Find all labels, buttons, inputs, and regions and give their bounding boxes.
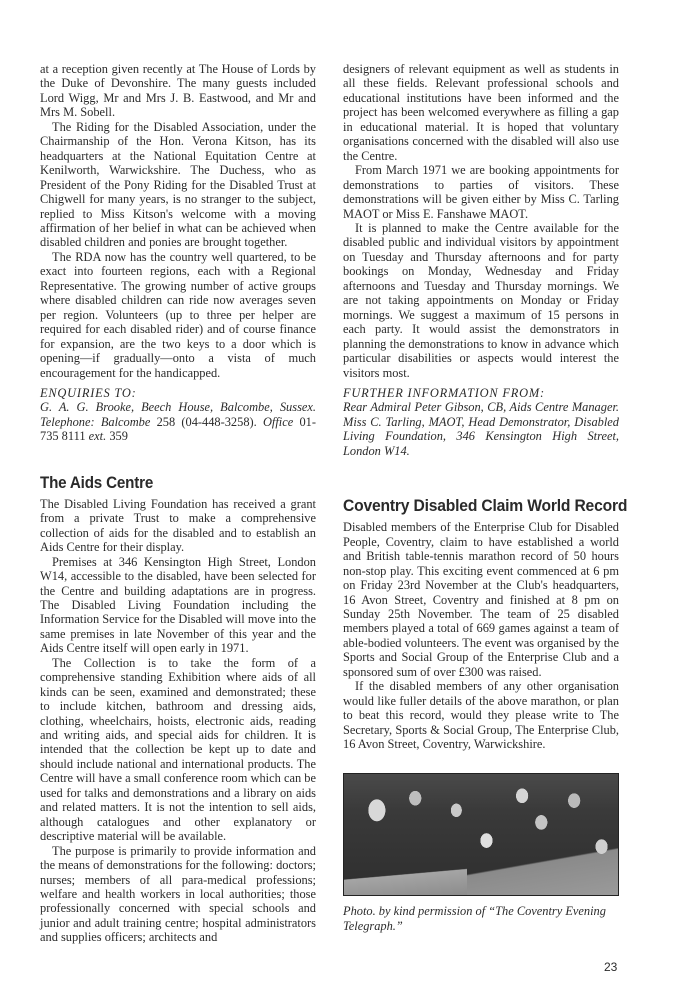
further-info-label: FURTHER INFORMATION FROM: — [343, 386, 619, 400]
coventry-paragraph: Disabled members of the Enterprise Club … — [343, 520, 619, 679]
aids-centre-paragraph: designers of relevant equipment as well … — [343, 62, 619, 163]
table-tennis-photo — [343, 773, 619, 896]
rda-paragraph: The Riding for the Disabled Association,… — [40, 120, 316, 250]
aids-centre-paragraph: The purpose is primarily to provide info… — [40, 844, 316, 945]
coventry-paragraph: If the disabled members of any other org… — [343, 679, 619, 751]
coventry-heading: Coventry Disabled Claim World Record — [343, 496, 597, 516]
enquiries-contact: G. A. G. Brooke, Beech House, Balcombe, … — [40, 400, 316, 443]
enquiries-office-label: Office — [263, 415, 293, 429]
enquiries-name: G. A. G. Brooke, Beech House, Balcombe, … — [40, 400, 316, 414]
enquiries-telephone-place: Balcombe — [101, 415, 151, 429]
aids-centre-paragraph: Premises at 346 Kensington High Street, … — [40, 555, 316, 656]
aids-centre-paragraph: It is planned to make the Centre availab… — [343, 221, 619, 380]
rda-article-continued: at a reception given recently at The Hou… — [40, 62, 316, 444]
page-number: 23 — [604, 960, 617, 974]
enquiries-ext-label: ext. — [89, 429, 107, 443]
enquiries-label: ENQUIRIES TO: — [40, 386, 316, 400]
aids-centre-paragraph: The Collection is to take the form of a … — [40, 656, 316, 844]
right-column: designers of relevant equipment as well … — [343, 62, 619, 933]
enquiries-ext-number: 359 — [109, 429, 128, 443]
section-spacer — [40, 444, 316, 473]
aids-centre-heading: The Aids Centre — [40, 473, 294, 493]
section-spacer — [343, 458, 619, 496]
left-column: at a reception given recently at The Hou… — [40, 62, 316, 945]
caption-prefix: Photo. by kind permission of — [343, 904, 485, 918]
aids-centre-paragraph: The Disabled Living Foundation has recei… — [40, 497, 316, 555]
aids-centre-article: The Aids Centre The Disabled Living Foun… — [40, 473, 316, 945]
aids-centre-article-continued: designers of relevant equipment as well … — [343, 62, 619, 458]
enquiries-telephone-label: Telephone: — [40, 415, 95, 429]
enquiries-telephone-number: 258 (04-448-3258). — [157, 415, 257, 429]
table-tennis-table — [344, 865, 467, 895]
photo-caption: Photo. by kind permission of “The Covent… — [343, 904, 619, 933]
further-info-text: Rear Admiral Peter Gibson, CB, Aids Cent… — [343, 400, 619, 458]
rda-paragraph: at a reception given recently at The Hou… — [40, 62, 316, 120]
aids-centre-paragraph: From March 1971 we are booking appointme… — [343, 163, 619, 221]
coventry-article: Coventry Disabled Claim World Record Dis… — [343, 496, 619, 933]
rda-paragraph: The RDA now has the country well quarter… — [40, 250, 316, 380]
